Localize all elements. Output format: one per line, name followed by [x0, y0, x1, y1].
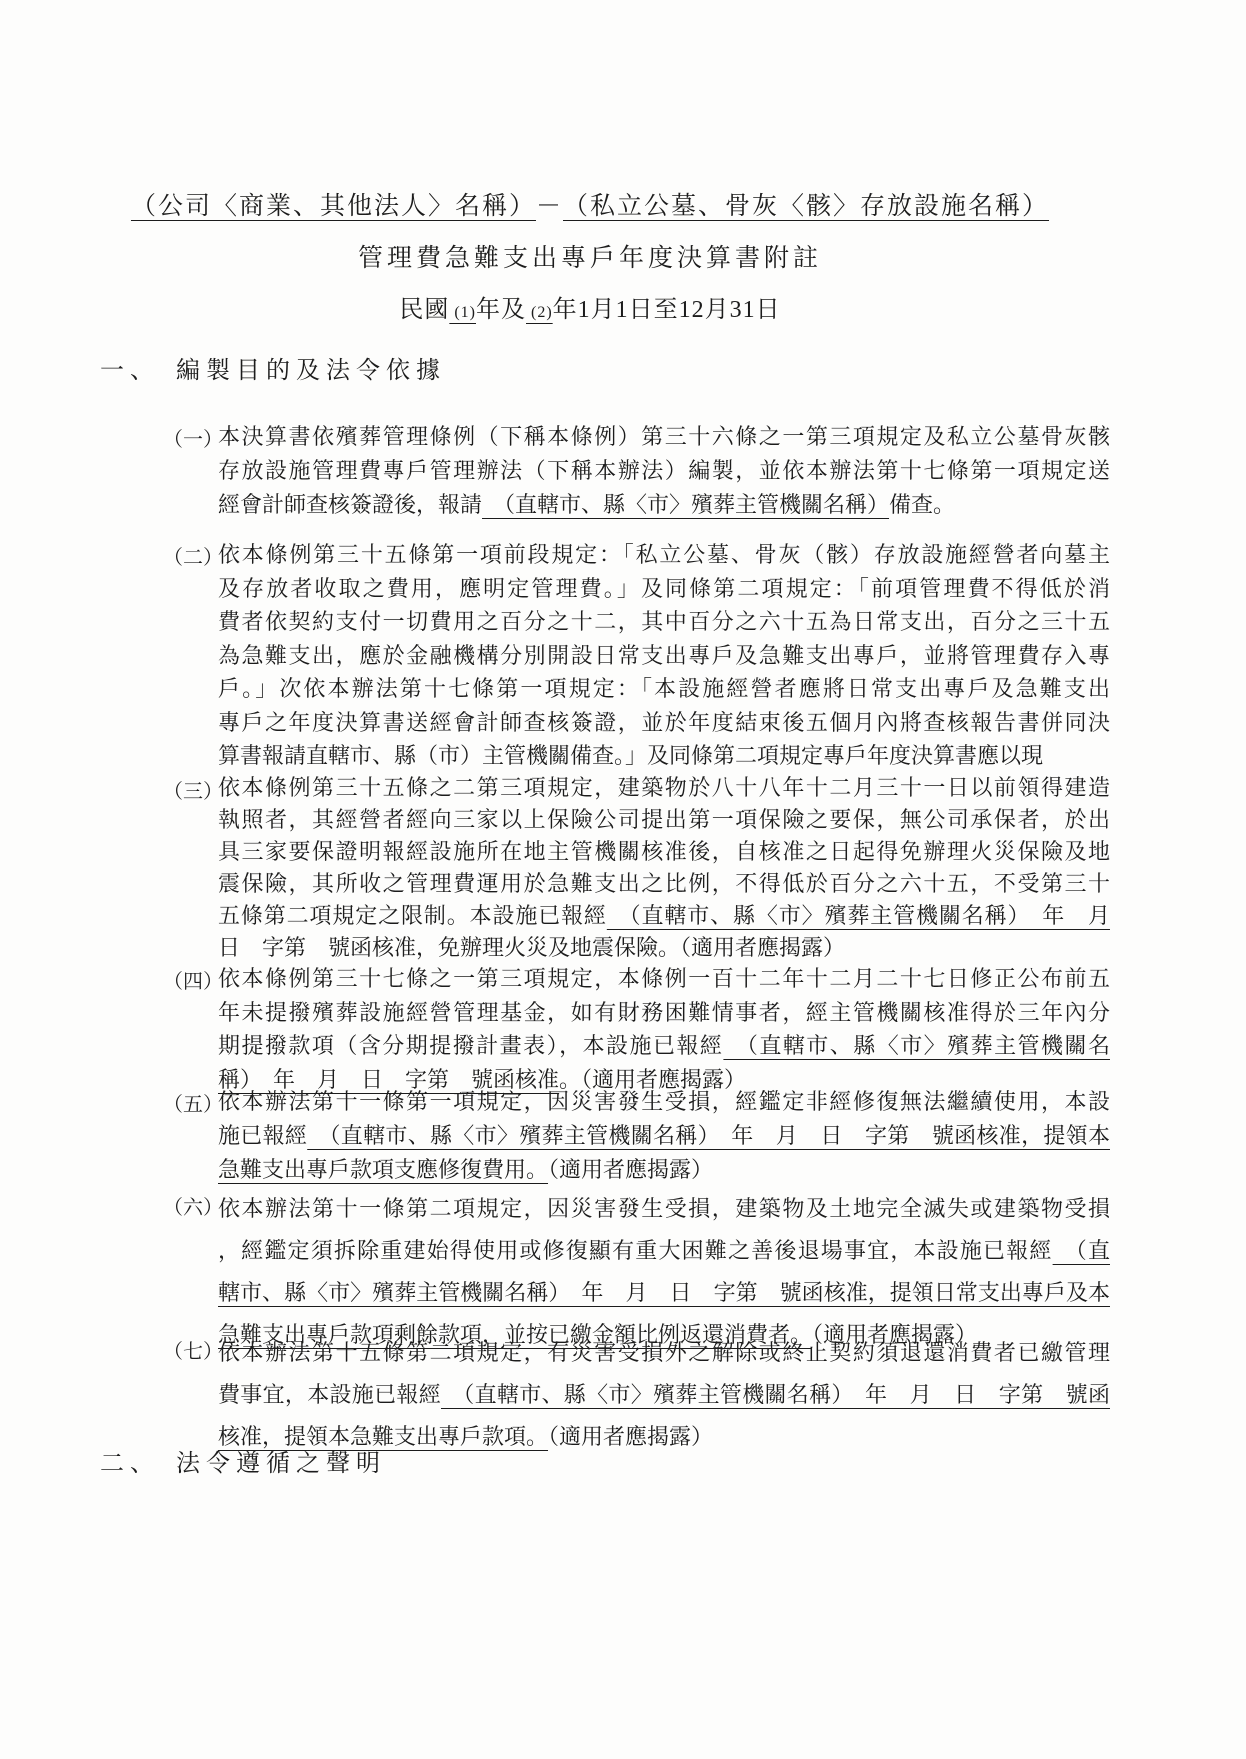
text-segment: －	[536, 193, 563, 220]
item-label: （一）	[163, 423, 223, 452]
text-segment: 五條第二項規定之限制。本設施已報經	[218, 903, 607, 928]
text-segment: 依本辦法第十一條第一項規定，因災害發生受損，經鑑定非經修復無法繼續使用，本設	[218, 1089, 1110, 1114]
text-segment: 依本條例第三十七條之一第三項規定，本條例一百十二年十二月二十七日修正公布前五	[218, 966, 1110, 991]
text-line: 依本條例第三十五條第一項前段規定：「私立公墓、骨灰（骸）存放設施經營者向墓主	[218, 538, 1110, 572]
text-segment: （直轄市、縣〈市〉殯葬主管機關名稱） 年 月	[607, 903, 1110, 928]
text-segment: 及存放者收取之費用，應明定管理費。」及同條第二項規定：「前項管理費不得低於消	[218, 576, 1110, 601]
text-segment: 經會計師查核簽證後，報請	[218, 492, 482, 517]
text-line: 經會計師查核簽證後，報請 （直轄市、縣〈市〉殯葬主管機關名稱）備查。	[218, 488, 1110, 522]
document-title-block: （公司〈商業、其他法人〉名稱）－（私立公墓、骨灰〈骸〉存放設施名稱） 管理費急難…	[0, 186, 1180, 324]
text-line: 年未提撥殯葬設施經營管理基金，如有財務困難情事者，經主管機關核准得於三年內分	[218, 996, 1110, 1030]
text-segment: （直轄市、縣〈市〉殯葬主管機關名稱）	[482, 492, 889, 517]
text-segment: （直轄市、縣〈市〉殯葬主管機關名	[723, 1033, 1110, 1058]
text-segment: 算書報請直轄市、縣（市）主管機關備查。」及同條第二項規定專戶年度決算書應以現	[218, 743, 1043, 768]
text-line: 費者依契約支付一切費用之百分之十二，其中百分之六十五為日常支出，百分之三十五	[218, 605, 1110, 639]
document-page: （公司〈商業、其他法人〉名稱）－（私立公墓、骨灰〈骸〉存放設施名稱） 管理費急難…	[0, 0, 1246, 1759]
text-segment: （適用者應揭露）	[548, 1424, 713, 1449]
item-text: 依本條例第三十五條之二第三項規定，建築物於八十八年十二月三十一日以前領得建造執照…	[218, 772, 1110, 964]
text-segment: 急難支出專戶款項支應修復費用。	[218, 1157, 548, 1182]
item-text: 依本辦法第十五條第二項規定，有災害受損外之解除或終止契約須退還消費者已繳管理費事…	[218, 1332, 1110, 1458]
section-heading-2: 二、法令遵循之聲明	[100, 1443, 386, 1478]
text-segment: 民國	[399, 297, 449, 323]
text-line: 依本條例第三十七條之一第三項規定，本條例一百十二年十二月二十七日修正公布前五	[218, 962, 1110, 996]
text-segment: 存放設施管理費專戶管理辦法（下稱本辦法）編製，並依本辦法第十七條第一項規定送	[218, 458, 1110, 483]
text-segment: （直轄市、縣〈市〉殯葬主管機關名稱） 年 月 日 字第 號函核准，提領本	[307, 1123, 1110, 1148]
text-segment: 日 字第 號函核准，免辦理火災及地震保險。（適用者應揭露）	[218, 935, 845, 960]
section-heading-1: 一、編製目的及法令依據	[100, 350, 446, 385]
item-label: （三）	[163, 775, 223, 804]
text-line: 施已報經 （直轄市、縣〈市〉殯葬主管機關名稱） 年 月 日 字第 號函核准，提領…	[218, 1119, 1110, 1153]
item-1-6: （六）依本辦法第十一條第二項規定，因災害發生受損，建築物及土地完全滅失或建築物受…	[163, 1188, 1110, 1356]
text-line: 依本辦法第十一條第一項規定，因災害發生受損，經鑑定非經修復無法繼續使用，本設	[218, 1085, 1110, 1119]
text-segment: 戶。」次依本辦法第十七條第一項規定：「本設施經營者應將日常支出專戶及急難支出	[218, 676, 1110, 701]
text-line: 戶。」次依本辦法第十七條第一項規定：「本設施經營者應將日常支出專戶及急難支出	[218, 672, 1110, 706]
text-line: 執照者，其經營者經向三家以上保險公司提出第一項保險之要保，無公司承保者，於出	[218, 804, 1110, 836]
text-line: 震保險，其所收之管理費運用於急難支出之比例，不得低於百分之六十五，不受第三十	[218, 868, 1110, 900]
text-segment: 專戶之年度決算書送經會計師查核簽證，並於年度結束後五個月內將查核報告書併同決	[218, 710, 1110, 735]
item-text: 本決算書依殯葬管理條例（下稱本條例）第三十六條之一第三項規定及私立公墓骨灰骸存放…	[218, 420, 1110, 522]
text-segment: 本決算書依殯葬管理條例（下稱本條例）第三十六條之一第三項規定及私立公墓骨灰骸	[218, 424, 1110, 449]
text-line: 依本條例第三十五條之二第三項規定，建築物於八十八年十二月三十一日以前領得建造	[218, 772, 1110, 804]
section-number: 二、	[100, 1451, 160, 1477]
text-segment: 震保險，其所收之管理費運用於急難支出之比例，不得低於百分之六十五，不受第三十	[218, 871, 1110, 896]
text-segment: 費者依契約支付一切費用之百分之十二，其中百分之六十五為日常支出，百分之三十五	[218, 609, 1110, 634]
text-line: 具三家要保證明報經設施所在地主管機關核准後，自核准之日起得免辦理火災保險及地	[218, 836, 1110, 868]
text-segment: 期提撥款項（含分期提撥計畫表），本設施已報經	[218, 1033, 723, 1058]
text-segment: （私立公墓、骨灰〈骸〉存放設施名稱）	[563, 193, 1049, 220]
text-line: 費事宜，本設施已報經 （直轄市、縣〈市〉殯葬主管機關名稱） 年 月 日 字第 號…	[218, 1374, 1110, 1416]
text-segment: （直轄市、縣〈市〉殯葬主管機關名稱） 年 月 日 字第 號函	[441, 1382, 1110, 1407]
text-line: 存放設施管理費專戶管理辦法（下稱本辦法）編製，並依本辦法第十七條第一項規定送	[218, 454, 1110, 488]
item-text: 依本條例第三十七條之一第三項規定，本條例一百十二年十二月二十七日修正公布前五年未…	[218, 962, 1110, 1096]
text-line: 及存放者收取之費用，應明定管理費。」及同條第二項規定：「前項管理費不得低於消	[218, 572, 1110, 606]
text-line: 依本辦法第十一條第二項規定，因災害發生受損，建築物及土地完全滅失或建築物受損	[218, 1188, 1110, 1230]
text-line: 五條第二項規定之限制。本設施已報經 （直轄市、縣〈市〉殯葬主管機關名稱） 年 月	[218, 900, 1110, 932]
text-line: 算書報請直轄市、縣（市）主管機關備查。」及同條第二項規定專戶年度決算書應以現	[218, 739, 1110, 773]
text-segment: 轄市、縣〈市〉殯葬主管機關名稱） 年 月 日 字第 號函核准，提領日常支出專戶及…	[218, 1280, 1110, 1305]
text-line: ，經鑑定須拆除重建始得使用或修復顯有重大困難之善後退場事宜，本設施已報經 （直	[218, 1230, 1110, 1272]
item-label: （五）	[163, 1088, 223, 1117]
text-line: 日 字第 號函核准，免辦理火災及地震保險。（適用者應揭露）	[218, 932, 1110, 964]
item-label: （四）	[163, 965, 223, 994]
text-segment: （直	[1053, 1238, 1110, 1263]
item-1-2: （二）依本條例第三十五條第一項前段規定：「私立公墓、骨灰（骸）存放設施經營者向墓…	[163, 538, 1110, 773]
item-text: 依本條例第三十五條第一項前段規定：「私立公墓、骨灰（骸）存放設施經營者向墓主及存…	[218, 538, 1110, 773]
text-line: 依本辦法第十五條第二項規定，有災害受損外之解除或終止契約須退還消費者已繳管理	[218, 1332, 1110, 1374]
text-segment: (1)	[449, 304, 476, 321]
item-1-4: （四）依本條例第三十七條之一第三項規定，本條例一百十二年十二月二十七日修正公布前…	[163, 962, 1110, 1096]
text-segment: 年及	[476, 297, 526, 323]
text-line: 專戶之年度決算書送經會計師查核簽證，並於年度結束後五個月內將查核報告書併同決	[218, 706, 1110, 740]
text-segment: 備查。	[889, 492, 955, 517]
text-line: 期提撥款項（含分期提撥計畫表），本設施已報經 （直轄市、縣〈市〉殯葬主管機關名	[218, 1029, 1110, 1063]
section-title: 法令遵循之聲明	[176, 1451, 386, 1477]
item-label: （七）	[163, 1335, 223, 1364]
text-line: 為急難支出，應於金融機構分別開設日常支出專戶及急難支出專戶，並將管理費存入專	[218, 639, 1110, 673]
text-segment: (2)	[526, 304, 553, 321]
section-title: 編製目的及法令依據	[176, 358, 446, 384]
text-line: 急難支出專戶款項支應修復費用。（適用者應揭露）	[218, 1153, 1110, 1187]
item-label: （二）	[163, 541, 223, 570]
text-segment: （適用者應揭露）	[548, 1157, 713, 1182]
item-1-5: （五）依本辦法第十一條第一項規定，因災害發生受損，經鑑定非經修復無法繼續使用，本…	[163, 1085, 1110, 1187]
text-segment: 執照者，其經營者經向三家以上保險公司提出第一項保險之要保，無公司承保者，於出	[218, 807, 1110, 832]
text-segment: 依本辦法第十五條第二項規定，有災害受損外之解除或終止契約須退還消費者已繳管理	[218, 1340, 1110, 1365]
text-segment: 年未提撥殯葬設施經營管理基金，如有財務困難情事者，經主管機關核准得於三年內分	[218, 1000, 1110, 1025]
text-segment: 具三家要保證明報經設施所在地主管機關核准後，自核准之日起得免辦理火災保險及地	[218, 839, 1110, 864]
text-segment: 依本條例第三十五條之二第三項規定，建築物於八十八年十二月三十一日以前領得建造	[218, 775, 1110, 800]
item-1-1: （一）本決算書依殯葬管理條例（下稱本條例）第三十六條之一第三項規定及私立公墓骨灰…	[163, 420, 1110, 522]
text-segment: 費事宜，本設施已報經	[218, 1382, 441, 1407]
item-1-3: （三）依本條例第三十五條之二第三項規定，建築物於八十八年十二月三十一日以前領得建…	[163, 772, 1110, 964]
text-segment: （公司〈商業、其他法人〉名稱）	[131, 193, 536, 220]
text-line: 轄市、縣〈市〉殯葬主管機關名稱） 年 月 日 字第 號函核准，提領日常支出專戶及…	[218, 1272, 1110, 1314]
item-label: （六）	[163, 1191, 223, 1220]
text-segment: 依本辦法第十一條第二項規定，因災害發生受損，建築物及土地完全滅失或建築物受損	[218, 1196, 1110, 1221]
document-title-line-2: 管理費急難支出專戶年度決算書附註	[0, 238, 1180, 274]
text-segment: 依本條例第三十五條第一項前段規定：「私立公墓、骨灰（骸）存放設施經營者向墓主	[218, 542, 1110, 567]
text-segment: ，經鑑定須拆除重建始得使用或修復顯有重大困難之善後退場事宜，本設施已報經	[218, 1238, 1053, 1263]
text-segment: 年1月1日至12月31日	[553, 297, 781, 323]
text-segment: 施已報經	[218, 1123, 307, 1148]
text-line: 本決算書依殯葬管理條例（下稱本條例）第三十六條之一第三項規定及私立公墓骨灰骸	[218, 420, 1110, 454]
section-number: 一、	[100, 358, 160, 384]
text-segment: 為急難支出，應於金融機構分別開設日常支出專戶及急難支出專戶，並將管理費存入專	[218, 643, 1110, 668]
document-title-line-1: （公司〈商業、其他法人〉名稱）－（私立公墓、骨灰〈骸〉存放設施名稱）	[0, 186, 1180, 222]
document-title-line-3: 民國 (1)年及 (2)年1月1日至12月31日	[0, 289, 1180, 324]
item-text: 依本辦法第十一條第一項規定，因災害發生受損，經鑑定非經修復無法繼續使用，本設施已…	[218, 1085, 1110, 1187]
item-text: 依本辦法第十一條第二項規定，因災害發生受損，建築物及土地完全滅失或建築物受損，經…	[218, 1188, 1110, 1356]
item-1-7: （七）依本辦法第十五條第二項規定，有災害受損外之解除或終止契約須退還消費者已繳管…	[163, 1332, 1110, 1458]
